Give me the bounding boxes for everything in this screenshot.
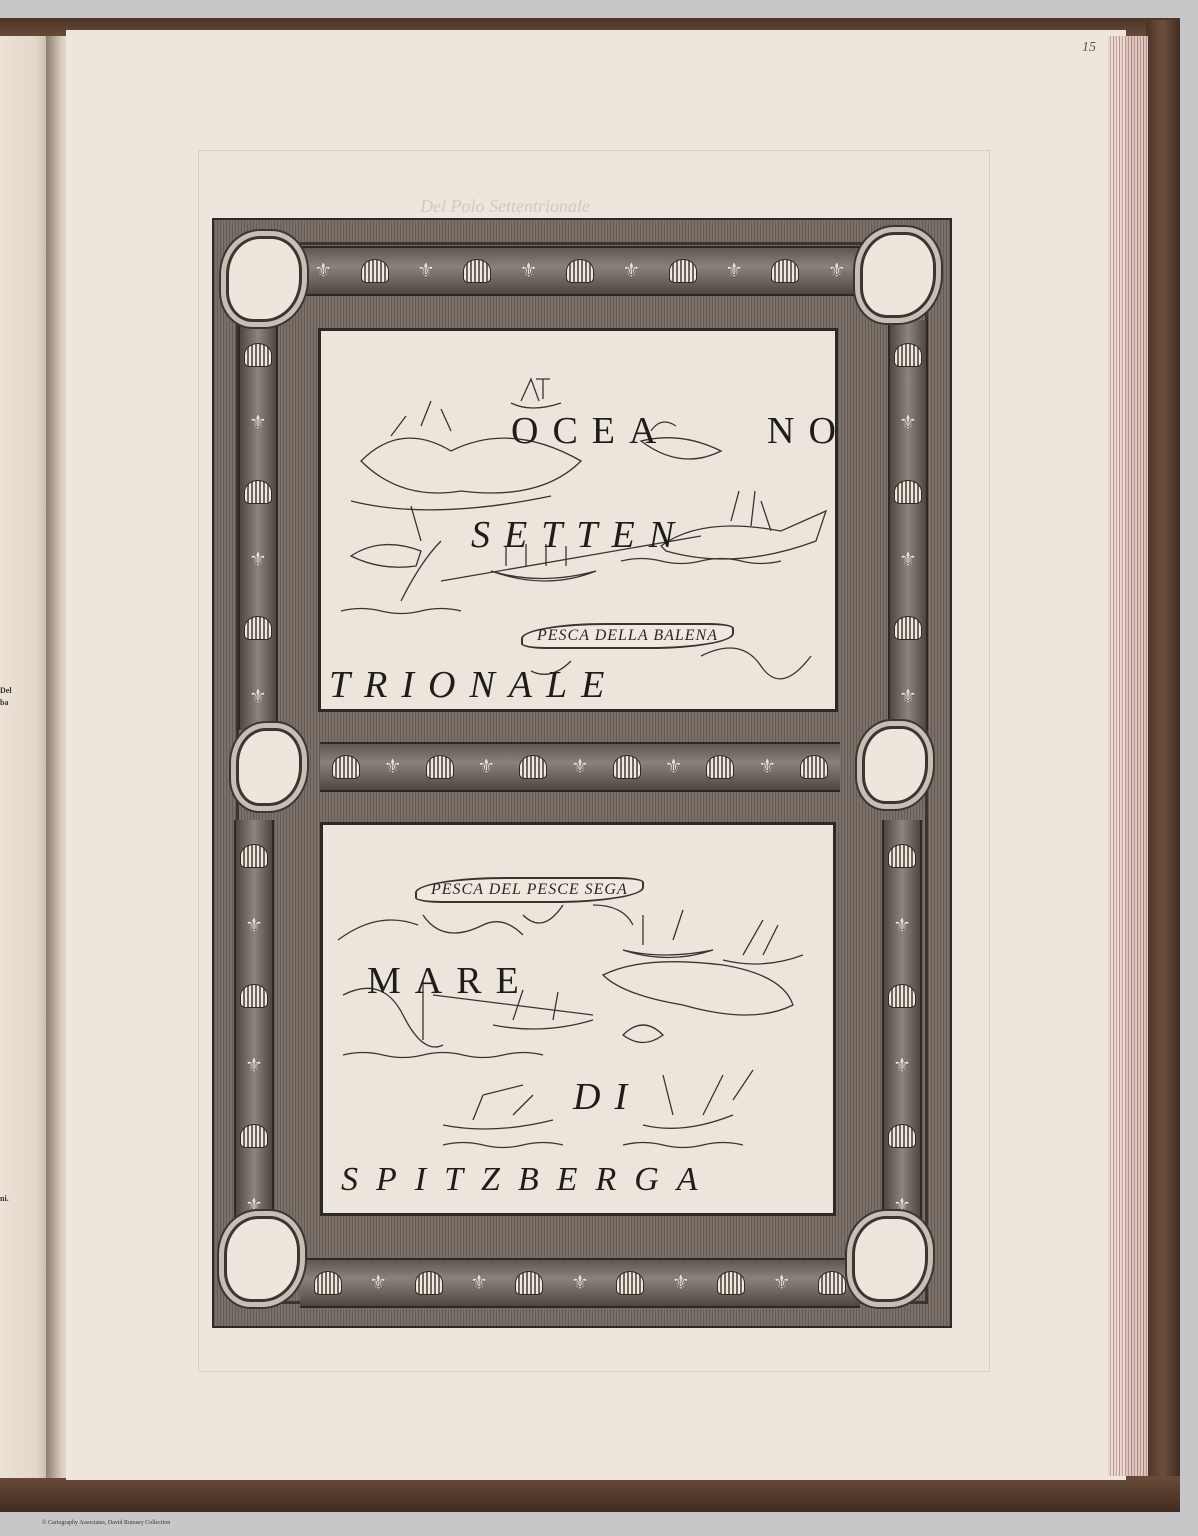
fleur-de-lis-icon: ⚜ — [893, 1056, 911, 1076]
book-cover-bottom — [0, 1476, 1180, 1512]
fleur-de-lis-icon: ⚜ — [622, 261, 640, 281]
shell-ornament-icon — [244, 480, 272, 504]
shell-ornament-icon — [415, 1271, 443, 1295]
frame-column-right-upper: ⚜ ⚜ ⚜ — [888, 320, 928, 730]
frieze-middle: ⚜ ⚜ ⚜ ⚜ ⚜ — [320, 742, 840, 792]
shell-ornament-icon — [240, 844, 268, 868]
upper-vignette: OCEA NO SETTEN TRIONALE PESCA DELLA BALE… — [318, 328, 838, 712]
fleur-de-lis-icon: ⚜ — [477, 757, 495, 777]
shell-ornament-icon — [515, 1271, 543, 1295]
fleur-de-lis-icon: ⚜ — [417, 261, 435, 281]
banner-pesca-del-pesce-sega: PESCA DEL PESCE SEGA — [415, 877, 644, 903]
fleur-de-lis-icon: ⚜ — [384, 757, 402, 777]
label-trionale: TRIONALE — [329, 663, 618, 707]
corner-cartouche-bottom-right — [852, 1216, 928, 1302]
fleur-de-lis-icon: ⚜ — [249, 413, 267, 433]
fleur-de-lis-icon: ⚜ — [773, 1273, 791, 1293]
frame-column-right-lower: ⚜ ⚜ ⚜ — [882, 820, 922, 1240]
fleur-de-lis-icon: ⚜ — [758, 757, 776, 777]
shell-ornament-icon — [894, 480, 922, 504]
frieze-bottom: ⚜ ⚜ ⚜ ⚜ ⚜ — [300, 1258, 860, 1308]
label-ocea: OCEA — [511, 409, 670, 453]
label-setten: SETTEN — [471, 513, 688, 557]
corner-cartouche-mid-left — [236, 728, 302, 806]
frame-column-left-lower: ⚜ ⚜ ⚜ — [234, 820, 274, 1240]
label-di: DI — [573, 1075, 641, 1119]
banner-pesca-della-balena: PESCA DELLA BALENA — [521, 623, 734, 649]
frieze-top: ⚜ ⚜ ⚜ ⚜ ⚜ ⚜ — [300, 246, 860, 296]
shell-ornament-icon — [888, 1124, 916, 1148]
label-no: NO — [767, 409, 838, 453]
left-page: Del ba ni. — [0, 36, 52, 1478]
shell-ornament-icon — [800, 755, 828, 779]
shell-ornament-icon — [463, 259, 491, 283]
shell-ornament-icon — [616, 1271, 644, 1295]
corner-cartouche-top-left — [226, 236, 302, 322]
corner-cartouche-top-right — [860, 232, 936, 318]
fleur-de-lis-icon: ⚜ — [245, 916, 263, 936]
shell-ornament-icon — [244, 616, 272, 640]
shell-ornament-icon — [894, 343, 922, 367]
shell-ornament-icon — [314, 1271, 342, 1295]
fleur-de-lis-icon: ⚜ — [245, 1196, 263, 1216]
shell-ornament-icon — [888, 984, 916, 1008]
fleur-de-lis-icon: ⚜ — [725, 261, 743, 281]
frame-column-left-upper: ⚜ ⚜ ⚜ — [238, 320, 278, 730]
fleur-de-lis-icon: ⚜ — [672, 1273, 690, 1293]
page-number: 15 — [1082, 40, 1096, 56]
shell-ornament-icon — [332, 755, 360, 779]
fleur-de-lis-icon: ⚜ — [245, 1056, 263, 1076]
fleur-de-lis-icon: ⚜ — [314, 261, 332, 281]
fleur-de-lis-icon: ⚜ — [249, 550, 267, 570]
fleur-de-lis-icon: ⚜ — [899, 550, 917, 570]
show-through-text: Del Polo Settentrionale — [420, 196, 590, 217]
shell-ornament-icon — [771, 259, 799, 283]
fleur-de-lis-icon: ⚜ — [369, 1273, 387, 1293]
shell-ornament-icon — [706, 755, 734, 779]
shell-ornament-icon — [240, 984, 268, 1008]
fleur-de-lis-icon: ⚜ — [571, 757, 589, 777]
shell-ornament-icon — [240, 1124, 268, 1148]
fleur-de-lis-icon: ⚜ — [893, 1196, 911, 1216]
corner-cartouche-bottom-left — [224, 1216, 300, 1302]
shell-ornament-icon — [244, 343, 272, 367]
fleur-de-lis-icon: ⚜ — [571, 1273, 589, 1293]
fleur-de-lis-icon: ⚜ — [470, 1273, 488, 1293]
fleur-de-lis-icon: ⚜ — [249, 687, 267, 707]
shell-ornament-icon — [669, 259, 697, 283]
fleur-de-lis-icon: ⚜ — [665, 757, 683, 777]
book-spine-edge — [1146, 20, 1180, 1508]
fleur-de-lis-icon: ⚜ — [899, 413, 917, 433]
shell-ornament-icon — [426, 755, 454, 779]
shell-ornament-icon — [894, 616, 922, 640]
page-edges — [1108, 36, 1148, 1476]
fleur-de-lis-icon: ⚜ — [520, 261, 538, 281]
shell-ornament-icon — [519, 755, 547, 779]
fleur-de-lis-icon: ⚜ — [899, 687, 917, 707]
shell-ornament-icon — [717, 1271, 745, 1295]
corner-cartouche-mid-right — [862, 726, 928, 804]
label-mare: MARE — [367, 959, 533, 1003]
shell-ornament-icon — [888, 844, 916, 868]
shell-ornament-icon — [818, 1271, 846, 1295]
shell-ornament-icon — [566, 259, 594, 283]
label-spitzberga: SPITZBERGA — [341, 1161, 716, 1199]
left-page-fragment: Del — [0, 686, 12, 695]
fleur-de-lis-icon: ⚜ — [828, 261, 846, 281]
left-page-fragment: ni. — [0, 1194, 9, 1203]
collection-credit: © Cartography Associates, David Rumsey C… — [42, 1520, 170, 1526]
fleur-de-lis-icon: ⚜ — [893, 916, 911, 936]
left-page-fragment: ba — [0, 698, 8, 707]
lower-vignette: PESCA DEL PESCE SEGA MARE DI SPITZBERGA — [320, 822, 836, 1216]
shell-ornament-icon — [361, 259, 389, 283]
shell-ornament-icon — [613, 755, 641, 779]
